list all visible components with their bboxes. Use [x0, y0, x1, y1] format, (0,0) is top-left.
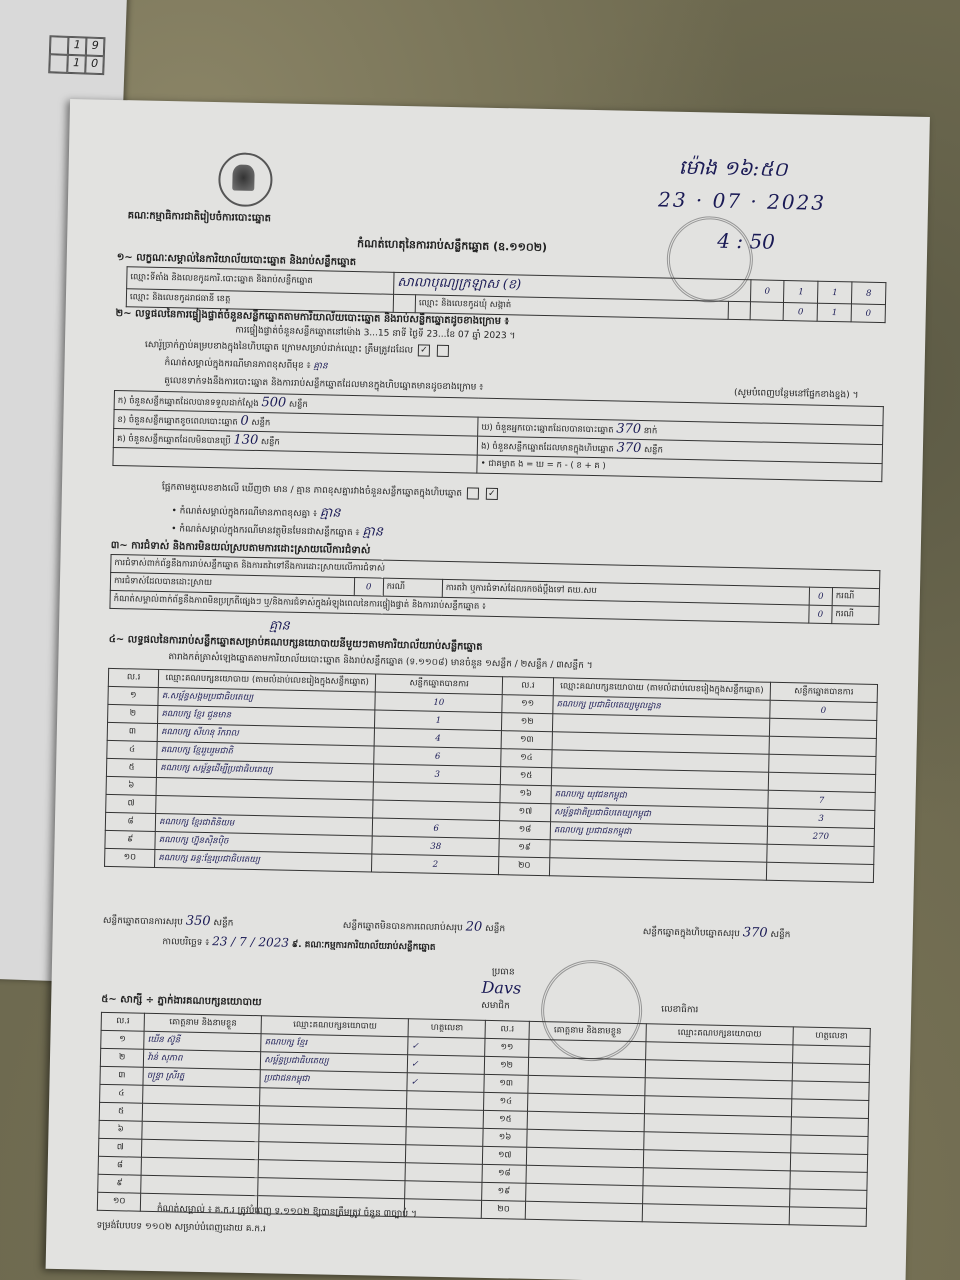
fill-more-note: (សូមបំពេញបន្ថែមនៅផ្នែកខាងខ្នង) ។: [734, 387, 859, 403]
note-label: កំណត់សម្គាល់ក្នុងករណីមានភាពខុសពីមុខ ៖: [164, 358, 310, 371]
vote-count: [766, 862, 873, 882]
vote-count: 0: [770, 700, 877, 720]
witness-no: ១៨: [482, 1164, 526, 1183]
code-digit: 0: [851, 304, 885, 323]
witness-no: ៩: [98, 1174, 142, 1193]
witness-no: ១៥: [483, 1110, 527, 1129]
witness-no: ៤: [100, 1084, 144, 1103]
witness-no: ១២: [485, 1056, 529, 1075]
code-digit: 0: [750, 280, 784, 303]
witness-no: ១១: [485, 1038, 529, 1057]
province-value: [393, 294, 415, 312]
received-ballots: 500: [261, 395, 286, 411]
vote-count: 2: [372, 854, 499, 875]
vote-count: [769, 754, 876, 774]
seal-intact-checkbox[interactable]: ✓: [418, 344, 430, 356]
form-title: កំណត់ហេតុនៃការរាប់សន្លឹកឆ្នោត (ឧ.១១០២): [357, 237, 547, 257]
objections-table: ការជំទាស់ពាក់ព័ន្ធនឹងការរាប់សន្លឹកឆ្នោត …: [109, 554, 880, 625]
organization-name: គណៈកម្មាធិការជាតិរៀបចំការបោះឆ្នោត: [128, 208, 272, 226]
objections-note: គ្មាន: [269, 617, 290, 636]
row-number: ១: [108, 686, 159, 705]
code-digit: 0: [784, 302, 818, 321]
row-number: ៧: [106, 794, 157, 813]
handwritten-note: ម៉ោង ១៦:៥០: [678, 154, 787, 186]
discrepancy-no-checkbox[interactable]: ✓: [486, 488, 498, 500]
vote-count: [768, 772, 875, 792]
witness-no: ៣: [100, 1066, 144, 1085]
witness-signed: [406, 1109, 483, 1129]
witness-signed: [406, 1145, 483, 1165]
unused-ballots: 130: [233, 432, 258, 448]
seal-damaged-checkbox[interactable]: [437, 345, 449, 357]
witness-no: ១៦: [483, 1128, 527, 1147]
row-number: ១៥: [501, 767, 552, 786]
witness-no: ១: [101, 1030, 145, 1049]
vote-count: 270: [767, 826, 874, 846]
code-digit: 1: [817, 303, 851, 322]
witness-no: ២០: [482, 1200, 526, 1219]
resolved-objections: 0: [354, 578, 383, 597]
witness-signed: ✓: [407, 1073, 484, 1093]
row-number: ១៨: [499, 821, 550, 840]
election-count-form: គណៈកម្មាធិការជាតិរៀបចំការបោះឆ្នោត កំណត់ហ…: [46, 99, 930, 1280]
vote-count: 7: [768, 790, 875, 810]
code-digit: 1: [784, 280, 818, 303]
total-invalid-votes: 20: [466, 919, 483, 934]
row-number: ៦: [106, 776, 157, 795]
witness-no: ២: [100, 1048, 144, 1067]
row-number: ៩: [105, 830, 156, 849]
witness-signed: ✓: [408, 1055, 485, 1075]
appeals-count-2: 0: [809, 605, 832, 623]
witness-no: ៧: [98, 1138, 142, 1157]
witness-no: ៨: [98, 1156, 142, 1175]
row-number: ៤: [107, 740, 158, 759]
count-date: 23 / 7 / 2023: [212, 934, 289, 950]
code-digit: 1: [818, 281, 852, 304]
row-number: ១៤: [501, 749, 552, 768]
witness-no: ១៣: [484, 1074, 528, 1093]
witness-signed: [405, 1163, 482, 1183]
appeals-count: 0: [809, 587, 832, 605]
row-number: ២០: [499, 857, 550, 876]
witness-signed: ✓: [408, 1037, 485, 1057]
witness-signed: [405, 1181, 482, 1201]
witness-no: ១៤: [484, 1092, 528, 1111]
witness-no: ១៧: [483, 1146, 527, 1165]
code-digit: 8: [852, 282, 886, 305]
discrepancy-note: គ្មាន: [320, 505, 341, 520]
nec-emblem-icon: [218, 152, 273, 207]
discrepancy-text: ផ្អែកតាមតួលេខខាងលើ ឃើញថា មាន / គ្មាន ភាព…: [162, 483, 462, 499]
discrepancy-yes-checkbox[interactable]: [467, 487, 479, 499]
chair-signature: Davs: [481, 978, 521, 998]
row-number: ១៩: [499, 839, 550, 858]
back-code-grid: 1910: [48, 35, 105, 75]
counts-table: ក) ចំនួនសន្លឹកឆ្នោតដែលបានទទួលដាក់ស្តែង 5…: [112, 390, 883, 482]
party-results-table: ល.រ ឈ្មោះគណបក្សនយោបាយ (តាមលំដាប់លេខរៀងក្…: [104, 668, 878, 883]
witness-no: ១៩: [482, 1182, 526, 1201]
ballots-in-box: 370: [616, 441, 641, 457]
row-number: ១១: [502, 695, 553, 714]
seal-text: សោរ៉ូច្រាក់ភ្ជាប់គម្របខាងក្នុងនៃហិបឆ្នោត…: [145, 340, 413, 356]
witness-signed: [406, 1127, 483, 1147]
row-number: ២: [108, 704, 159, 723]
row-number: ១៧: [500, 803, 551, 822]
party-name: គណបក្ស ឆន្ទៈខ្មែរប្រជាធិបតេយ្យ: [155, 849, 372, 872]
total-ballots-in-box: 370: [743, 925, 768, 941]
witness-no: ៦: [99, 1120, 143, 1139]
vote-count: [769, 718, 876, 738]
handwritten-date: 23 · 07 · 2023: [658, 187, 826, 215]
row-number: ៣: [107, 722, 158, 741]
vote-count: [767, 844, 874, 864]
witness-signed: [407, 1091, 484, 1111]
vote-count: 3: [768, 808, 875, 828]
spoiled-ballots: 0: [240, 414, 249, 429]
witness-no: ១០: [97, 1192, 141, 1211]
total-valid-votes: 350: [186, 914, 211, 930]
row-number: ១០: [105, 848, 156, 867]
foreign-object-note: គ្មាន: [362, 524, 383, 539]
section4-heading: ៤~ លទ្ធផលនៃការរាប់សន្លឹកឆ្នោតសម្រាប់គណបក…: [109, 632, 483, 655]
row-number: ៨: [105, 812, 156, 831]
witness-table: ល.រគោត្តនាម និងនាមខ្លួនឈ្មោះគណបក្សនយោបាយ…: [97, 1012, 871, 1227]
section5-heading: ៥~ សាក្សី ÷ ភ្នាក់ងារគណបក្សនយោបាយ: [101, 992, 262, 1010]
witness-no: ៥: [99, 1102, 143, 1121]
voters-count: 370: [616, 422, 641, 438]
note-value: គ្មាន: [313, 361, 328, 371]
row-number: ៥: [106, 758, 157, 777]
row-number: ១៣: [501, 731, 552, 750]
row-number: ១៦: [500, 785, 551, 804]
party-name: [549, 858, 766, 881]
row-number: ១២: [502, 713, 553, 732]
form-note: ទម្រង់បែបបទ ១១០២ សម្រាប់បំពេញដោយ គ.ក.រ: [96, 1220, 266, 1237]
vote-count: [769, 736, 876, 756]
